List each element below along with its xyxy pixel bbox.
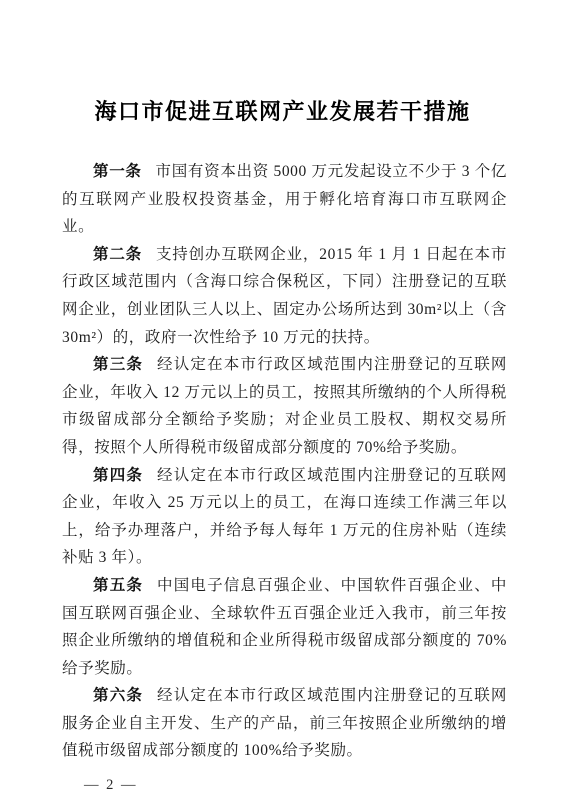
- page-number: — 2 —: [0, 774, 565, 796]
- document-body: 第一条市国有资本出资 5000 万元发起设立不少于 3 个亿的互联网产业股权投资…: [0, 158, 565, 765]
- article-label: 第一条: [93, 163, 142, 180]
- article-2: 第二条支持创办互联网企业，2015 年 1 月 1 日起在本市行政区域范围内（含…: [62, 241, 507, 351]
- article-6: 第六条经认定在本市行政区域范围内注册登记的互联网服务企业自主开发、生产的产品，前…: [62, 682, 507, 765]
- article-1: 第一条市国有资本出资 5000 万元发起设立不少于 3 个亿的互联网产业股权投资…: [62, 158, 507, 241]
- article-label: 第五条: [93, 577, 143, 594]
- article-5: 第五条中国电子信息百强企业、中国软件百强企业、中国互联网百强企业、全球软件五百强…: [62, 572, 507, 682]
- article-3: 第三条经认定在本市行政区域范围内注册登记的互联网企业，年收入 12 万元以上的员…: [62, 351, 507, 461]
- article-label: 第四条: [93, 467, 143, 484]
- article-label: 第二条: [93, 246, 142, 263]
- article-label: 第六条: [93, 687, 143, 704]
- article-4: 第四条经认定在本市行政区域范围内注册登记的互联网企业，年收入 25 万元以上的员…: [62, 462, 507, 572]
- document-page: 海口市促进互联网产业发展若干措施 第一条市国有资本出资 5000 万元发起设立不…: [0, 0, 565, 800]
- document-title: 海口市促进互联网产业发展若干措施: [0, 0, 565, 128]
- article-label: 第三条: [93, 356, 143, 373]
